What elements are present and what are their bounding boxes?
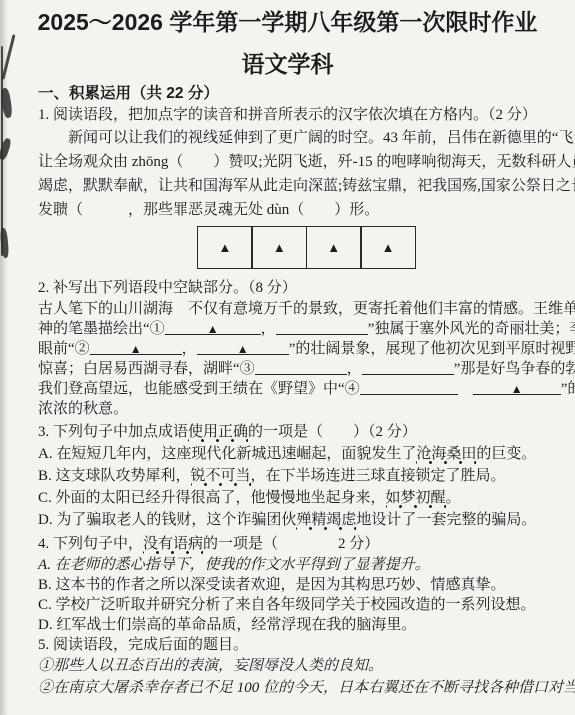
text-run: ①那些人以丑态百出的表演，妄图辱没人类的良知。 (38, 658, 383, 674)
q3-prompt: 3. 下列句子中加点成语使用正确的一项是（ ）（2 分） (38, 421, 575, 443)
emphasized-text: 使用正确 (188, 424, 248, 443)
q5-prompt: 5. 阅读语段，完成后面的题目。 (38, 635, 575, 655)
text-run: B. 这支球队攻势犀利， (38, 468, 191, 484)
emphasized-text: 殚精竭虑 (296, 512, 356, 531)
text-run: D. 为了骗取老人的钱财，这个诈骗团伙 (38, 512, 296, 528)
q2-text-line: 古人笔下的山川湖海 不仅有意境万千的景致，更寄托着他们丰富的情感。王维单车出塞，… (38, 299, 575, 319)
q1-text-line: 发聩（ ，那些罪恶灵魂无处 dùn（ ）形。 (38, 198, 575, 222)
text-run (458, 381, 473, 397)
q4-prompt: 4. 下列句子中，没有语病的一项是（ 2 分） (38, 533, 575, 555)
text-run: C. 学校广泛听取并研究分析了来自各年级同学关于校园改造的一系列设想。 (38, 597, 536, 613)
text-run: 的巨变。 (476, 446, 536, 462)
text-run: 地设计了一套完整的骗局。 (356, 512, 536, 528)
emphasized-text: 没有语病 (143, 536, 203, 555)
text-run: 新闻可以让我们的视线延伸到了更广阔的时空。43 年前，吕伟在新德里的“飞天凌空”… (68, 130, 575, 146)
answer-blank: ▲ (197, 339, 289, 355)
text-run: 发聩（ ，那些罪恶灵魂无处 dùn（ ）形。 (38, 202, 379, 218)
text-run: 我们登高望远，也能感受到王绩在《野望》中“④ (38, 381, 360, 397)
triangle-marker: ▲ (207, 323, 219, 335)
text-run: D. 红军战士们崇高的革命品质，经常浮现在我的脑海里。 (38, 617, 416, 633)
q3-option: C. 外面的太阳已经升得很高了，他慢慢地坐起身来，如梦初醒。 (38, 487, 575, 509)
answer-blank (276, 319, 368, 335)
text-run: ②在南京大屠杀幸存者已不足 100 位的今天，日本右翼还在不断寻找各种借口对当年… (38, 680, 575, 696)
exam-paper-page: 2025～2026 学年第一学期八年级第一次限时作业 语文学科 一、积累运用（共… (0, 0, 575, 715)
text-run: ，在下半场连进三球直接锁定了胜局。 (251, 468, 506, 484)
text-run: 神的笔墨描绘出“① (38, 321, 165, 337)
q5-items: ①那些人以丑态百出的表演，妄图辱没人类的良知。②在南京大屠杀幸存者已不足 100… (38, 655, 575, 699)
q2-text-line: 眼前“②▲，▲”的壮阔景象，展现了他初次见到平原时视野豁然开朗的 (38, 339, 575, 359)
text-run: 眼前“② (38, 341, 90, 357)
text-run: C. 外面的太阳已经升得很高了，他慢慢地坐起身来， (38, 490, 386, 506)
answer-box-cell: ▲ (306, 226, 362, 269)
text-run: A. 在老师的悉心指导下，使我的作文水平得到了显著提升。 (38, 557, 430, 573)
answer-box-cell: ▲ (197, 226, 253, 269)
text-run: ”独属于塞外风光的奇丽壮美；李白出蜀至楚 (368, 321, 575, 337)
text-run: ， (347, 361, 362, 377)
paper-subject: 语文学科 (0, 50, 575, 78)
triangle-marker: ▲ (237, 343, 249, 355)
text-run: ， (182, 341, 197, 357)
text-run: 4. 下列句子中， (38, 536, 143, 552)
q5-item: ②在南京大屠杀幸存者已不足 100 位的今天，日本右翼还在不断寻找各种借口对当年… (38, 677, 575, 699)
q1-paragraph: 新闻可以让我们的视线延伸到了更广阔的时空。43 年前，吕伟在新德里的“飞天凌空”… (38, 126, 575, 222)
q1-prompt: 1. 阅读语段，把加点字的读音和拼音所表示的汉字依次填在方格内。（2 分） (38, 104, 575, 126)
answer-blank (255, 359, 347, 375)
answer-grid: ▲▲▲▲ (197, 226, 416, 269)
q2-text-line: 浓浓的秋意。 (38, 399, 575, 419)
q2-text-line: 神的笔墨描绘出“①▲，”独属于塞外风光的奇丽壮美；李白出蜀至楚 (38, 319, 575, 339)
text-run: ”的孤寂落寞和 (561, 381, 575, 397)
text-run: ， (261, 321, 276, 337)
text-run: 。 (446, 490, 461, 506)
text-run: 3. 下列句子中加点成语 (38, 424, 188, 440)
text-run: B. 这本书的作者之所以深受读者欢迎，是因为其构思巧妙、情感真挚。 (38, 577, 506, 593)
triangle-marker: ▲ (511, 383, 523, 395)
q4-options: A. 在老师的悉心指导下，使我的作文水平得到了显著提升。B. 这本书的作者之所以… (38, 555, 575, 635)
q2-paragraph: 古人笔下的山川湖海 不仅有意境万千的景致，更寄托着他们丰富的情感。王维单车出塞，… (38, 299, 575, 419)
triangle-marker: ▲ (327, 240, 340, 256)
emphasized-text: 沧海桑田 (416, 446, 476, 465)
q3-option: D. 为了骗取老人的钱财，这个诈骗团伙殚精竭虑地设计了一套完整的骗局。 (38, 509, 575, 531)
text-run: A. 在短短几年内，这座现代化新城迅速崛起，面貌发生了 (38, 446, 416, 462)
emphasized-text: 锐不可当 (191, 468, 251, 487)
q2-text-line: 我们登高望远，也能感受到王绩在《野望》中“④ ▲”的孤寂落寞和 (38, 379, 575, 399)
q2-text-line: 惊喜；白居易西湖寻春，湖畔“③，”那是好鸟争春的勃勃生机；当 (38, 359, 575, 379)
answer-box-cell: ▲ (251, 226, 307, 269)
text-run: 浓浓的秋意。 (38, 401, 128, 417)
q1-text-line: 竭虑，默默奉献，让共和国海军从此走向深蓝;铸兹宝鼎，祀我国殇,国家公祭日之长鸣警… (38, 174, 575, 198)
text-run: ”的壮阔景象，展现了他初次见到平原时视野豁然开朗的 (289, 341, 575, 357)
text-run: ”那是好鸟争春的勃勃生机；当 (454, 361, 575, 377)
answer-blank: ▲ (473, 379, 561, 395)
text-run: 的一项是（ ）（2 分） (248, 424, 417, 440)
triangle-marker: ▲ (130, 343, 142, 355)
answer-blank: ▲ (165, 319, 261, 335)
triangle-marker: ▲ (218, 240, 231, 256)
q3-prompt-line: 3. 下列句子中加点成语使用正确的一项是（ ）（2 分） (38, 421, 575, 443)
answer-blank (360, 379, 458, 395)
q4-option: D. 红军战士们崇高的革命品质，经常浮现在我的脑海里。 (38, 615, 575, 635)
q4-option: A. 在老师的悉心指导下，使我的作文水平得到了显著提升。 (38, 555, 575, 575)
q3-option: A. 在短短几年内，这座现代化新城迅速崛起，面貌发生了沧海桑田的巨变。 (38, 443, 575, 465)
triangle-marker: ▲ (273, 240, 286, 256)
triangle-marker: ▲ (382, 240, 395, 256)
emphasized-text: 如梦初醒 (386, 490, 446, 509)
answer-blank: ▲ (90, 339, 182, 355)
q1-text-line: 新闻可以让我们的视线延伸到了更广阔的时空。43 年前，吕伟在新德里的“飞天凌空”… (38, 126, 575, 150)
q5-item: ①那些人以丑态百出的表演，妄图辱没人类的良知。 (38, 655, 575, 677)
q3-option: B. 这支球队攻势犀利，锐不可当，在下半场连进三球直接锁定了胜局。 (38, 465, 575, 487)
q1-text-line: 让全场观众由 zhōng（ ）赞叹;光阴飞逝，歼-15 的咆哮响彻海天，无数科研… (38, 150, 575, 174)
paper-title: 2025～2026 学年第一学期八年级第一次限时作业 (0, 8, 575, 36)
q2-prompt: 2. 补写出下列语段中空缺部分。（8 分） (38, 277, 575, 299)
q4-option: C. 学校广泛听取并研究分析了来自各年级同学关于校园改造的一系列设想。 (38, 595, 575, 615)
text-run: 惊喜；白居易西湖寻春，湖畔“③ (38, 361, 255, 377)
answer-box-cell: ▲ (360, 226, 416, 269)
q3-options: A. 在短短几年内，这座现代化新城迅速崛起，面貌发生了沧海桑田的巨变。B. 这支… (38, 443, 575, 531)
q4-prompt-line: 4. 下列句子中，没有语病的一项是（ 2 分） (38, 533, 575, 555)
section-heading: 一、积累运用（共 22 分） (38, 84, 575, 104)
answer-blank (362, 359, 454, 375)
q4-option: B. 这本书的作者之所以深受读者欢迎，是因为其构思巧妙、情感真挚。 (38, 575, 575, 595)
text-run: 竭虑，默默奉献，让共和国海军从此走向深蓝;铸兹宝鼎，祀我国殇,国家公祭日之长鸣警… (38, 178, 575, 194)
text-run: 让全场观众由 zhōng（ ）赞叹;光阴飞逝，歼-15 的咆哮响彻海天，无数科研… (38, 154, 575, 170)
text-run: 的一项是（ 2 分） (203, 536, 379, 552)
paper-content: 2025～2026 学年第一学期八年级第一次限时作业 语文学科 一、积累运用（共… (0, 0, 575, 699)
text-run: 古人笔下的山川湖海 不仅有意境万千的景致，更寄托着他们丰富的情感。王维单车出塞，… (38, 301, 575, 317)
